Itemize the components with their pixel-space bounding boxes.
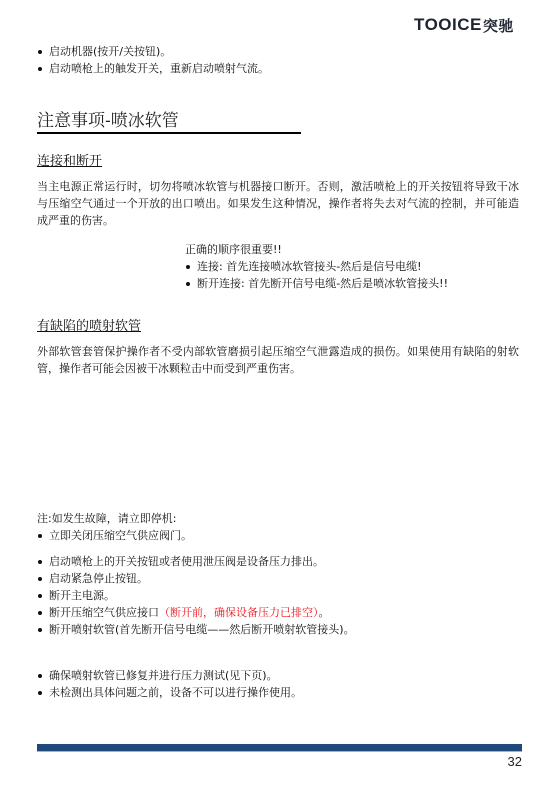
list-item: 断开主电源。	[37, 587, 355, 604]
connect-heading: 连接和断开	[37, 153, 102, 171]
logo-latin: TOOICE	[414, 15, 482, 35]
footer-divider	[37, 744, 522, 752]
brand-logo: TOOICE 突驰	[414, 14, 514, 36]
defective-paragraph: 外部软管套管保护操作者不受内部软管磨损引起压缩空气泄露造成的损伤。如果使用有缺陷…	[37, 343, 519, 377]
item-text: 断开压缩空气供应接口	[49, 606, 159, 619]
connect-paragraph: 当主电源正常运行时，切勿将喷冰软管与机器接口断开。否则，激活喷枪上的开关按钮将导…	[37, 178, 519, 229]
sequence-title: 正确的顺序很重要!!	[185, 241, 282, 258]
list-item: 启动机器(按开/关按钮)。	[37, 43, 269, 60]
logo-chinese: 突驰	[483, 15, 514, 36]
list-item: 确保喷射软管已修复并进行压力测试(见下页)。	[37, 667, 302, 684]
fault-note: 注:如发生故障，请立即停机:	[37, 510, 176, 527]
defective-heading: 有缺陷的喷射软管	[37, 318, 141, 336]
fault-list-1: 立即关闭压缩空气供应阀门。	[37, 527, 192, 544]
list-item: 启动紧急停止按钮。	[37, 570, 355, 587]
list-item: 断开喷射软管(首先断开信号电缆——然后断开喷射软管接头)。	[37, 621, 355, 638]
list-item: 未检测出具体问题之前，设备不可以进行操作使用。	[37, 684, 302, 701]
top-bullet-list: 启动机器(按开/关按钮)。 启动喷枪上的触发开关，重新启动喷射气流。	[37, 43, 269, 77]
list-item: 启动喷枪上的开关按钮或者使用泄压阀是设备压力排出。	[37, 553, 355, 570]
list-item: 断开压缩空气供应接口（断开前，确保设备压力已排空）。	[37, 604, 355, 621]
list-item: 启动喷枪上的触发开关，重新启动喷射气流。	[37, 60, 269, 77]
fault-list-2: 启动喷枪上的开关按钮或者使用泄压阀是设备压力排出。 启动紧急停止按钮。 断开主电…	[37, 553, 355, 638]
list-item: 立即关闭压缩空气供应阀门。	[37, 527, 192, 544]
section-title: 注意事项-喷冰软管	[37, 110, 301, 134]
sequence-list: 连接: 首先连接喷冰软管接头-然后是信号电缆! 断开连接: 首先断开信号电缆-然…	[185, 258, 448, 292]
list-item: 连接: 首先连接喷冰软管接头-然后是信号电缆!	[185, 258, 448, 275]
fault-list-3: 确保喷射软管已修复并进行压力测试(见下页)。 未检测出具体问题之前，设备不可以进…	[37, 667, 302, 701]
pressure-warning: （断开前，确保设备压力已排空）	[159, 606, 319, 619]
item-suffix: 。	[319, 606, 330, 619]
list-item: 断开连接: 首先断开信号电缆-然后是喷冰软管接头!!	[185, 275, 448, 292]
page-number: 32	[500, 754, 522, 769]
